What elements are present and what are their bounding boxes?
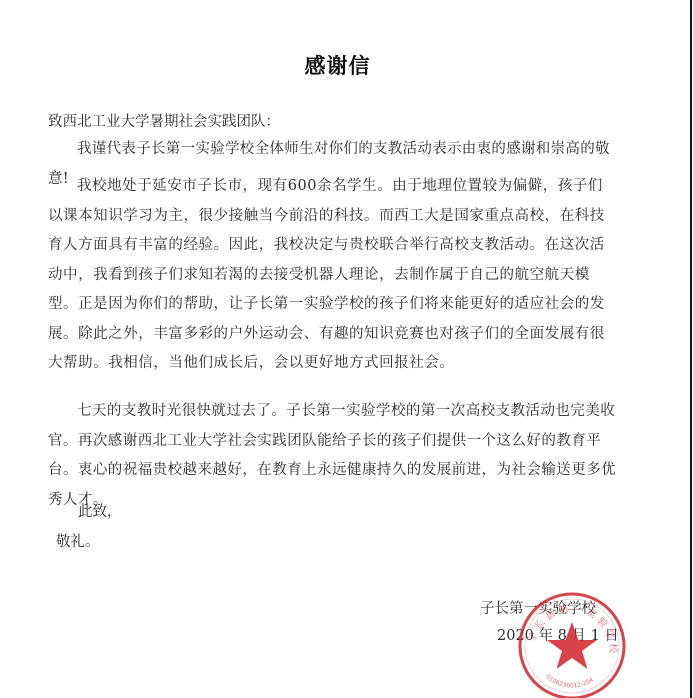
closing-line-2: 敬礼。	[56, 530, 100, 551]
paragraph-2: 我校地处于延安市子长市，现有600余名学生。由于地理位置较为偏僻，孩子们以课本知…	[48, 172, 618, 379]
svg-text:0106236012-204: 0106236012-204	[544, 673, 595, 689]
letter-title: 感谢信	[0, 50, 675, 80]
salutation: 致西北工业大学暑期社会实践团队：	[48, 110, 280, 131]
star-icon	[547, 622, 597, 669]
official-seal-stamp-icon: 子 长 县 第 一 实 验 学 校 0106236012-204	[516, 590, 628, 698]
paragraph-3: 七天的支教时光很快就过去了。子长第一实验学校的第一次高校支教活动也完美收官。再次…	[48, 397, 618, 515]
closing-line-1: 此致，	[78, 500, 122, 521]
page-edge-border	[690, 0, 692, 698]
